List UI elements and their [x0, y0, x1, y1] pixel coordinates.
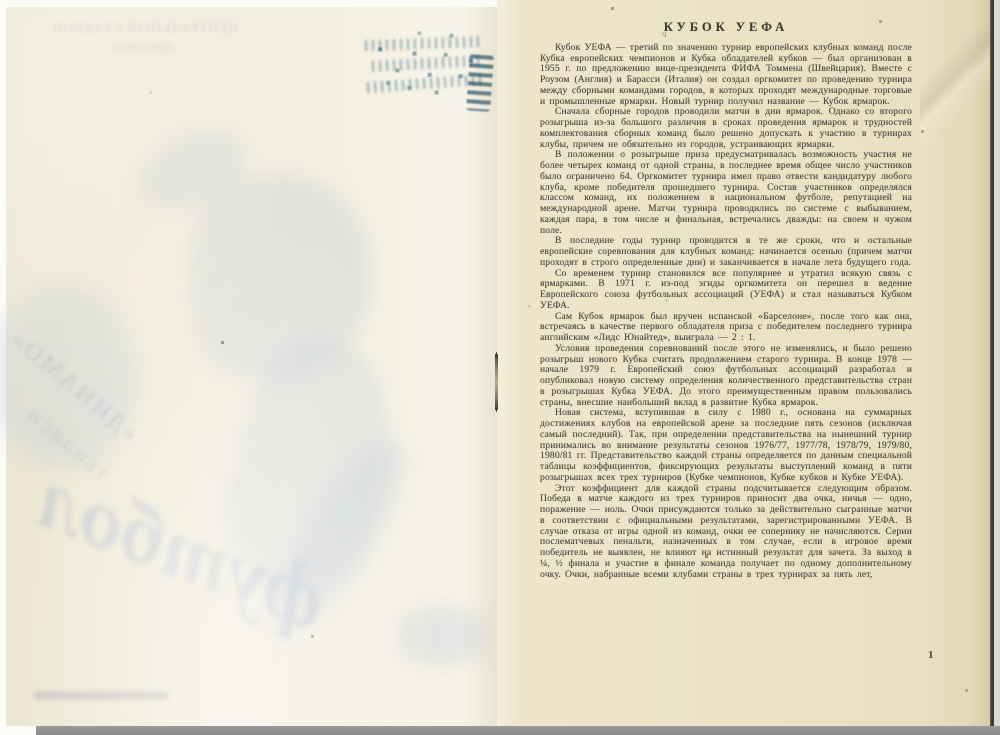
stamp-ink-specks: [360, 25, 362, 27]
paragraph: В последние годы турнир проводится в те …: [540, 236, 912, 268]
page-title: КУБОК УЕФА: [540, 22, 912, 33]
paragraph: Условия проведения соревнований после эт…: [540, 344, 912, 409]
bleedthrough-smudge: [34, 691, 169, 700]
bleedthrough-cover-header: ЦЕНТРАЛЬНЫЙ СТАДИОН: [38, 21, 253, 36]
bleedthrough-cover-header: «ДИНАМО»: [78, 40, 213, 55]
paragraph: Сначала сборные городов проводили матчи …: [540, 107, 912, 150]
paragraph: Кубок УЕФА — третий по значению турнир е…: [540, 43, 912, 108]
page-number: 1: [928, 649, 934, 661]
paragraph: Сам Кубок ярмарок был вручен испанской «…: [540, 312, 912, 344]
article: КУБОК УЕФА Кубок УЕФА — третий по значен…: [540, 22, 912, 580]
stamp-ink-row: [372, 55, 480, 72]
library-stamp: [360, 19, 492, 108]
paragraph: В положении о розыгрыше приза предусматр…: [540, 150, 912, 236]
bleedthrough-script-word: футбол: [22, 447, 341, 649]
stamp-ink-smear: [466, 54, 494, 112]
bleedthrough-club-name: «ДИНАМО»: [4, 325, 143, 448]
dust-specks: [0, 0, 1, 1]
bleedthrough-figure-shape: [394, 605, 489, 667]
bleedthrough-figure-shape: [250, 424, 429, 652]
bleedthrough-figure-shape: [0, 285, 138, 470]
paragraph: Со временем турнир становился все популя…: [540, 269, 912, 312]
left-page: ЦЕНТРАЛЬНЫЙ СТАДИОН «ДИНАМО» «ДИНАМО» ТБ…: [6, 7, 497, 726]
bleedthrough-city-name: ТБИЛИСИ: [21, 405, 111, 485]
paragraph: Новая система, вступившая в силу с 1980 …: [540, 408, 912, 483]
bleedthrough-figure-shape: [191, 175, 373, 380]
stamp-ink-row: [365, 36, 481, 51]
scanner-bottom-bar: [36, 726, 1000, 735]
bleedthrough-figure-shape: [203, 322, 418, 614]
stamp-ink-row: [367, 74, 483, 93]
page-edge-highlight: [994, 0, 1000, 726]
bleedthrough-figure-shape: [126, 115, 257, 226]
binding-staple: [495, 354, 498, 410]
paragraph: Этот коэффициент для каждой страны подсч…: [540, 484, 912, 581]
